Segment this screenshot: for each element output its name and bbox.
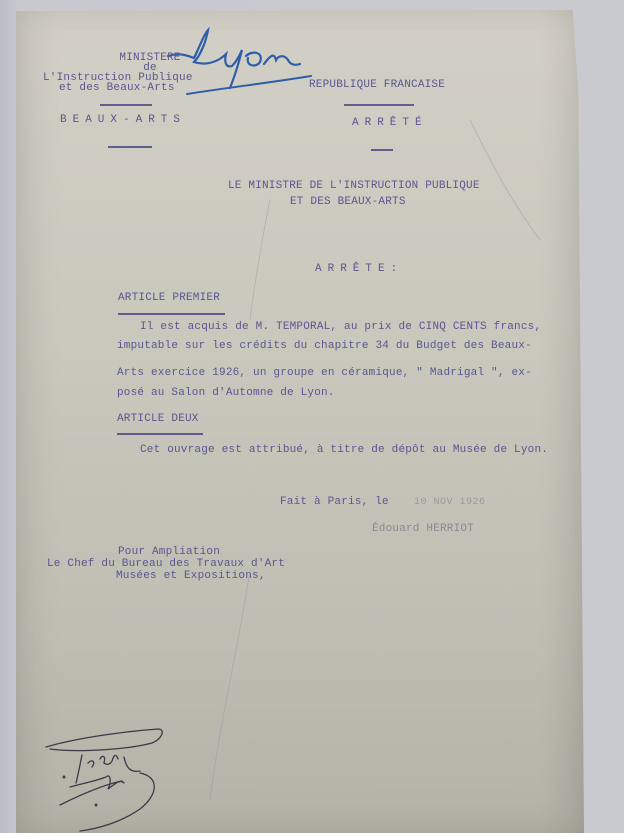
document-photo: Lyon MINISTERE de L'Instruction Publique… [0, 0, 624, 833]
pencil-marks [0, 0, 624, 833]
